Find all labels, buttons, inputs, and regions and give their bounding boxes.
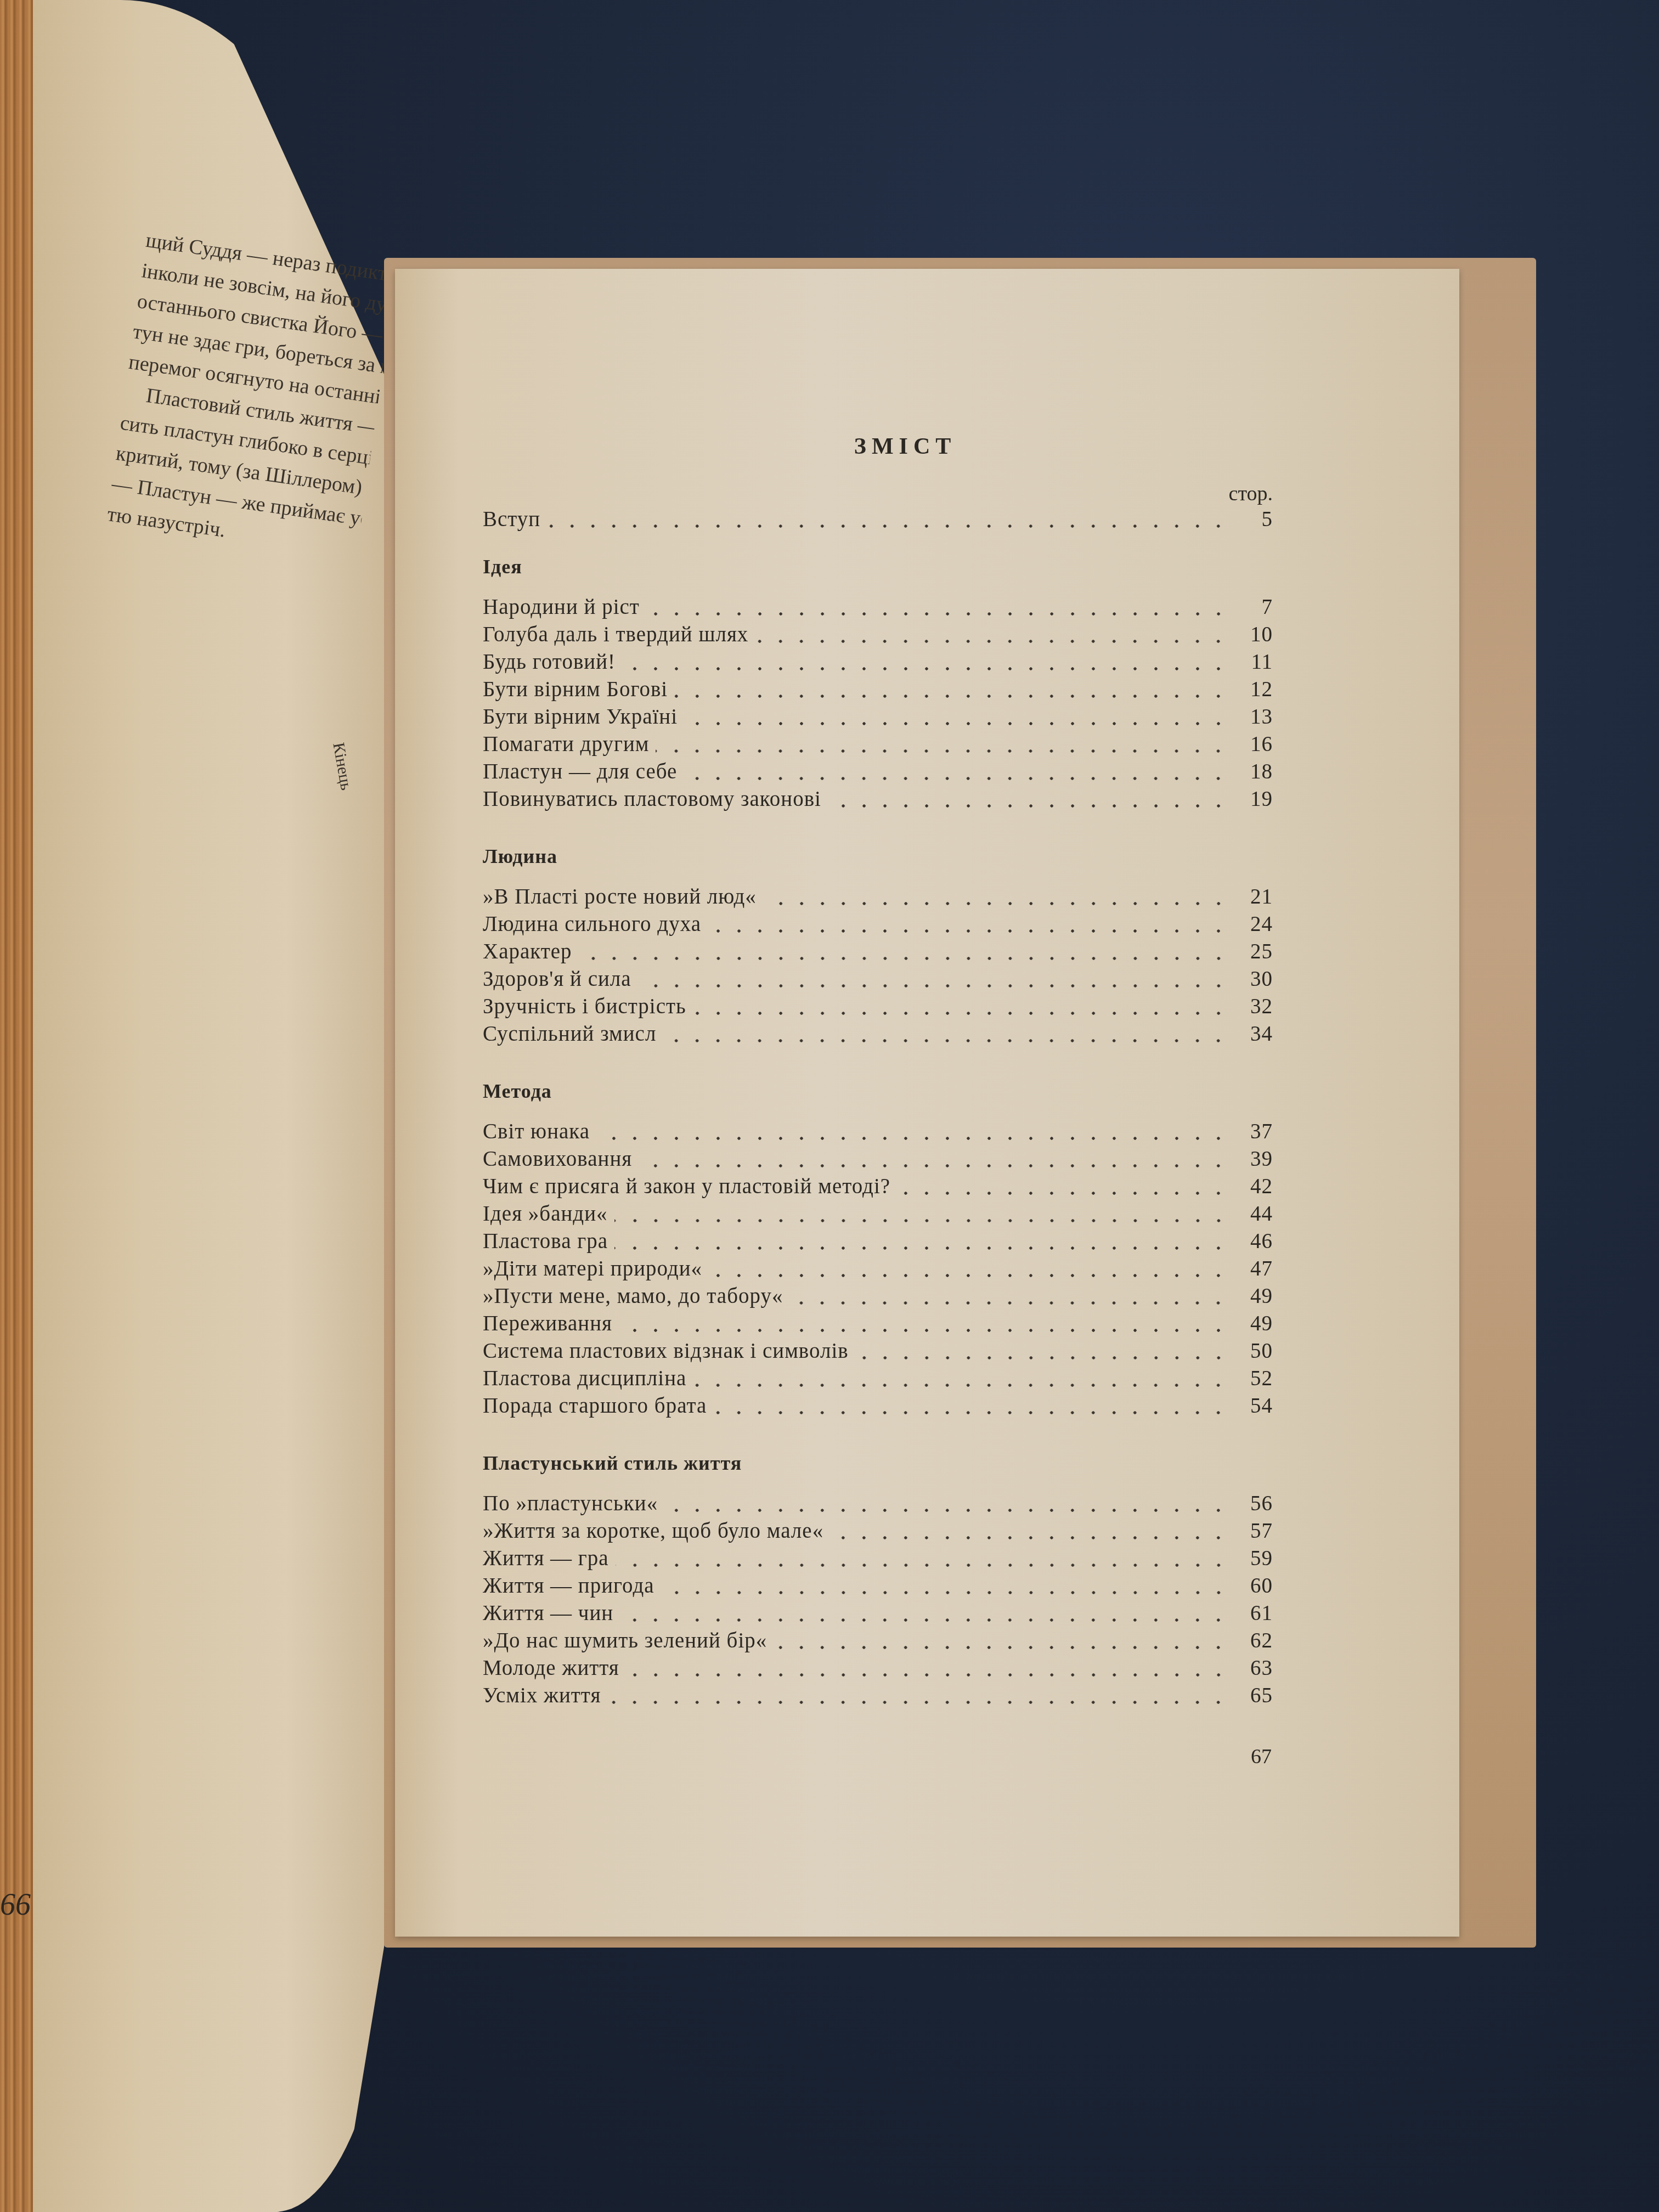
toc-entry: Бути вірним Україні13 <box>483 703 1273 731</box>
entry-page: 10 <box>1240 621 1273 648</box>
entry-title: Ідея »банди« <box>483 1200 614 1228</box>
entry-page: 25 <box>1240 938 1273 966</box>
entry-page: 32 <box>1240 993 1273 1020</box>
toc-entry: Життя — пригода60 <box>483 1572 1273 1600</box>
entry-title: Здоров'я й сила <box>483 966 638 993</box>
entry-page: 52 <box>1240 1365 1273 1392</box>
entry-title: Порада старшого брата <box>483 1392 713 1420</box>
entry-title: Народини й ріст <box>483 594 646 621</box>
entry-title: »Діти матері природи« <box>483 1255 709 1283</box>
entry-title: Життя — чин <box>483 1600 620 1627</box>
entry-page: 21 <box>1240 883 1273 911</box>
leader-dots <box>693 993 1229 1020</box>
entry-page: 12 <box>1240 676 1273 703</box>
leader-dots <box>684 758 1229 786</box>
leader-dots <box>661 1572 1229 1600</box>
entry-page: 16 <box>1240 731 1273 758</box>
leader-dots <box>774 1627 1229 1655</box>
entry-title: Бути вірним Україні <box>483 703 684 731</box>
entry-title: »В Пласті росте новий люд« <box>483 883 763 911</box>
entry-page: 19 <box>1240 786 1273 813</box>
toc-entry: Ідея »банди«44 <box>483 1200 1273 1228</box>
entry-page: 50 <box>1240 1338 1273 1365</box>
entry-title: Система пластових відзнак і символів <box>483 1338 855 1365</box>
toc-entry: Порада старшого брата54 <box>483 1392 1273 1420</box>
leader-dots <box>664 1490 1229 1517</box>
toc-entry: Пластун — для себе18 <box>483 758 1273 786</box>
leader-dots <box>830 1517 1229 1545</box>
entry-title: Усміх життя <box>483 1682 607 1709</box>
toc-entry: Здоров'я й сила30 <box>483 966 1273 993</box>
toc-entry: Бути вірним Богові12 <box>483 676 1273 703</box>
entry-page: 65 <box>1240 1682 1273 1709</box>
toc-entry: Народини й ріст7 <box>483 594 1273 621</box>
left-page-text: щий Суддя — нераз подиктує свідки гру...… <box>105 225 398 565</box>
leader-dots <box>639 1145 1229 1173</box>
entry-title: Повинуватись пластовому законові <box>483 786 828 813</box>
leader-dots <box>828 786 1229 813</box>
leader-dots <box>674 676 1229 703</box>
left-page-number: 66 <box>0 1887 31 1922</box>
entry-title: Характер <box>483 938 579 966</box>
entry-title: Вступ <box>483 506 547 533</box>
entry-title: Самовиховання <box>483 1145 639 1173</box>
leader-dots <box>622 648 1229 676</box>
entry-page: 49 <box>1240 1283 1273 1310</box>
leader-dots <box>789 1283 1229 1310</box>
entry-page: 18 <box>1240 758 1273 786</box>
entry-title: Пластова дисципліна <box>483 1365 693 1392</box>
entry-page: 13 <box>1240 703 1273 731</box>
leader-dots <box>855 1338 1229 1365</box>
leader-dots <box>646 594 1229 621</box>
toc-entry: Система пластових відзнак і символів50 <box>483 1338 1273 1365</box>
leader-dots <box>614 1228 1229 1255</box>
toc-entry: »До нас шумить зелений бір«62 <box>483 1627 1273 1655</box>
leader-dots <box>684 703 1229 731</box>
toc-entry: Будь готовий!11 <box>483 648 1273 676</box>
entry-page: 46 <box>1240 1228 1273 1255</box>
toc-entry: »Діти матері природи«47 <box>483 1255 1273 1283</box>
entry-page: 61 <box>1240 1600 1273 1627</box>
entry-page: 42 <box>1240 1173 1273 1200</box>
entry-page: 39 <box>1240 1145 1273 1173</box>
toc-title: ЗМІСТ <box>538 433 1273 460</box>
entry-page: 59 <box>1240 1545 1273 1572</box>
entry-page: 7 <box>1240 594 1273 621</box>
entry-title: »Пусти мене, мамо, до табору« <box>483 1283 789 1310</box>
entry-title: »До нас шумить зелений бір« <box>483 1627 774 1655</box>
entry-page: 47 <box>1240 1255 1273 1283</box>
leader-dots <box>656 731 1229 758</box>
leader-dots <box>663 1020 1229 1048</box>
leader-dots <box>607 1682 1229 1709</box>
entry-title: Зручність і бистрість <box>483 993 693 1020</box>
toc-entry: Повинуватись пластовому законові19 <box>483 786 1273 813</box>
entry-title: Будь готовий! <box>483 648 622 676</box>
entry-page: 5 <box>1240 506 1273 533</box>
entry-page: 34 <box>1240 1020 1273 1048</box>
leader-dots <box>709 1255 1229 1283</box>
entry-page: 56 <box>1240 1490 1273 1517</box>
section-heading: Метода <box>483 1080 1273 1104</box>
leader-dots <box>763 883 1229 911</box>
toc-entry: Людина сильного духа24 <box>483 911 1273 938</box>
entry-page: 30 <box>1240 966 1273 993</box>
toc-entry: Світ юнака37 <box>483 1118 1273 1145</box>
toc-entry: Чим є присяга й закон у пластовій методі… <box>483 1173 1273 1200</box>
entry-title: Життя — гра <box>483 1545 616 1572</box>
toc-entry: Суспільний змисл34 <box>483 1020 1273 1048</box>
toc-entry: Зручність і бистрість32 <box>483 993 1273 1020</box>
toc-entry: Життя — чин61 <box>483 1600 1273 1627</box>
leader-dots <box>547 506 1229 533</box>
entry-page: 49 <box>1240 1310 1273 1338</box>
entry-title: Молоде життя <box>483 1655 626 1682</box>
leader-dots <box>620 1600 1229 1627</box>
entry-title: Людина сильного духа <box>483 911 708 938</box>
entry-title: Пластова гра <box>483 1228 614 1255</box>
leader-dots <box>614 1200 1229 1228</box>
entry-page: 24 <box>1240 911 1273 938</box>
leader-dots <box>579 938 1229 966</box>
entry-page: 60 <box>1240 1572 1273 1600</box>
toc-entry: »Життя за коротке, щоб було мале«57 <box>483 1517 1273 1545</box>
leader-dots <box>638 966 1229 993</box>
toc-entry: По »пластунськи«56 <box>483 1490 1273 1517</box>
leader-dots <box>713 1392 1229 1420</box>
toc-entry: Характер25 <box>483 938 1273 966</box>
toc-entry: Помагати другим16 <box>483 731 1273 758</box>
entry-page: 44 <box>1240 1200 1273 1228</box>
leader-dots <box>626 1655 1229 1682</box>
entry-title: »Життя за коротке, щоб було мале« <box>483 1517 830 1545</box>
right-page-number: 67 <box>1251 1745 1272 1769</box>
section-heading: Людина <box>483 845 1273 869</box>
section-heading: Ідея <box>483 555 1273 579</box>
leader-dots <box>897 1173 1229 1200</box>
leader-dots <box>693 1365 1229 1392</box>
toc-entry: Переживання49 <box>483 1310 1273 1338</box>
entry-title: По »пластунськи« <box>483 1490 664 1517</box>
toc-entry: Усміх життя65 <box>483 1682 1273 1709</box>
toc-entry: Самовиховання39 <box>483 1145 1273 1173</box>
toc-entry: Голуба даль і твердий шлях10 <box>483 621 1273 648</box>
leader-dots <box>616 1545 1229 1572</box>
leader-dots <box>596 1118 1229 1145</box>
toc-entry: Пластова гра46 <box>483 1228 1273 1255</box>
leader-dots <box>708 911 1229 938</box>
entry-page: 57 <box>1240 1517 1273 1545</box>
entry-title: Світ юнака <box>483 1118 596 1145</box>
entry-page: 37 <box>1240 1118 1273 1145</box>
toc-entry: Пластова дисципліна52 <box>483 1365 1273 1392</box>
leader-dots <box>619 1310 1229 1338</box>
toc-entry: Вступ 5 <box>483 506 1273 533</box>
toc-entry: Життя — гра59 <box>483 1545 1273 1572</box>
leader-dots <box>755 621 1229 648</box>
entry-title: Бути вірним Богові <box>483 676 674 703</box>
entry-page: 63 <box>1240 1655 1273 1682</box>
entry-title: Помагати другим <box>483 731 656 758</box>
entry-page: 62 <box>1240 1627 1273 1655</box>
page-column-label: стор. <box>483 482 1273 506</box>
toc-entry: »Пусти мене, мамо, до табору«49 <box>483 1283 1273 1310</box>
toc-entry: Молоде життя63 <box>483 1655 1273 1682</box>
entry-title: Чим є присяга й закон у пластовій методі… <box>483 1173 897 1200</box>
entry-page: 11 <box>1240 648 1273 676</box>
entry-title: Суспільний змисл <box>483 1020 663 1048</box>
entry-title: Життя — пригода <box>483 1572 661 1600</box>
entry-title: Голуба даль і твердий шлях <box>483 621 755 648</box>
table-of-contents: ЗМІСТ стор. Вступ 5 Ідея Народини й ріст… <box>483 433 1273 1709</box>
entry-title: Пластун — для себе <box>483 758 684 786</box>
toc-entry: »В Пласті росте новий люд«21 <box>483 883 1273 911</box>
entry-title: Переживання <box>483 1310 619 1338</box>
entry-page: 54 <box>1240 1392 1273 1420</box>
section-heading: Пластунський стиль життя <box>483 1452 1273 1476</box>
